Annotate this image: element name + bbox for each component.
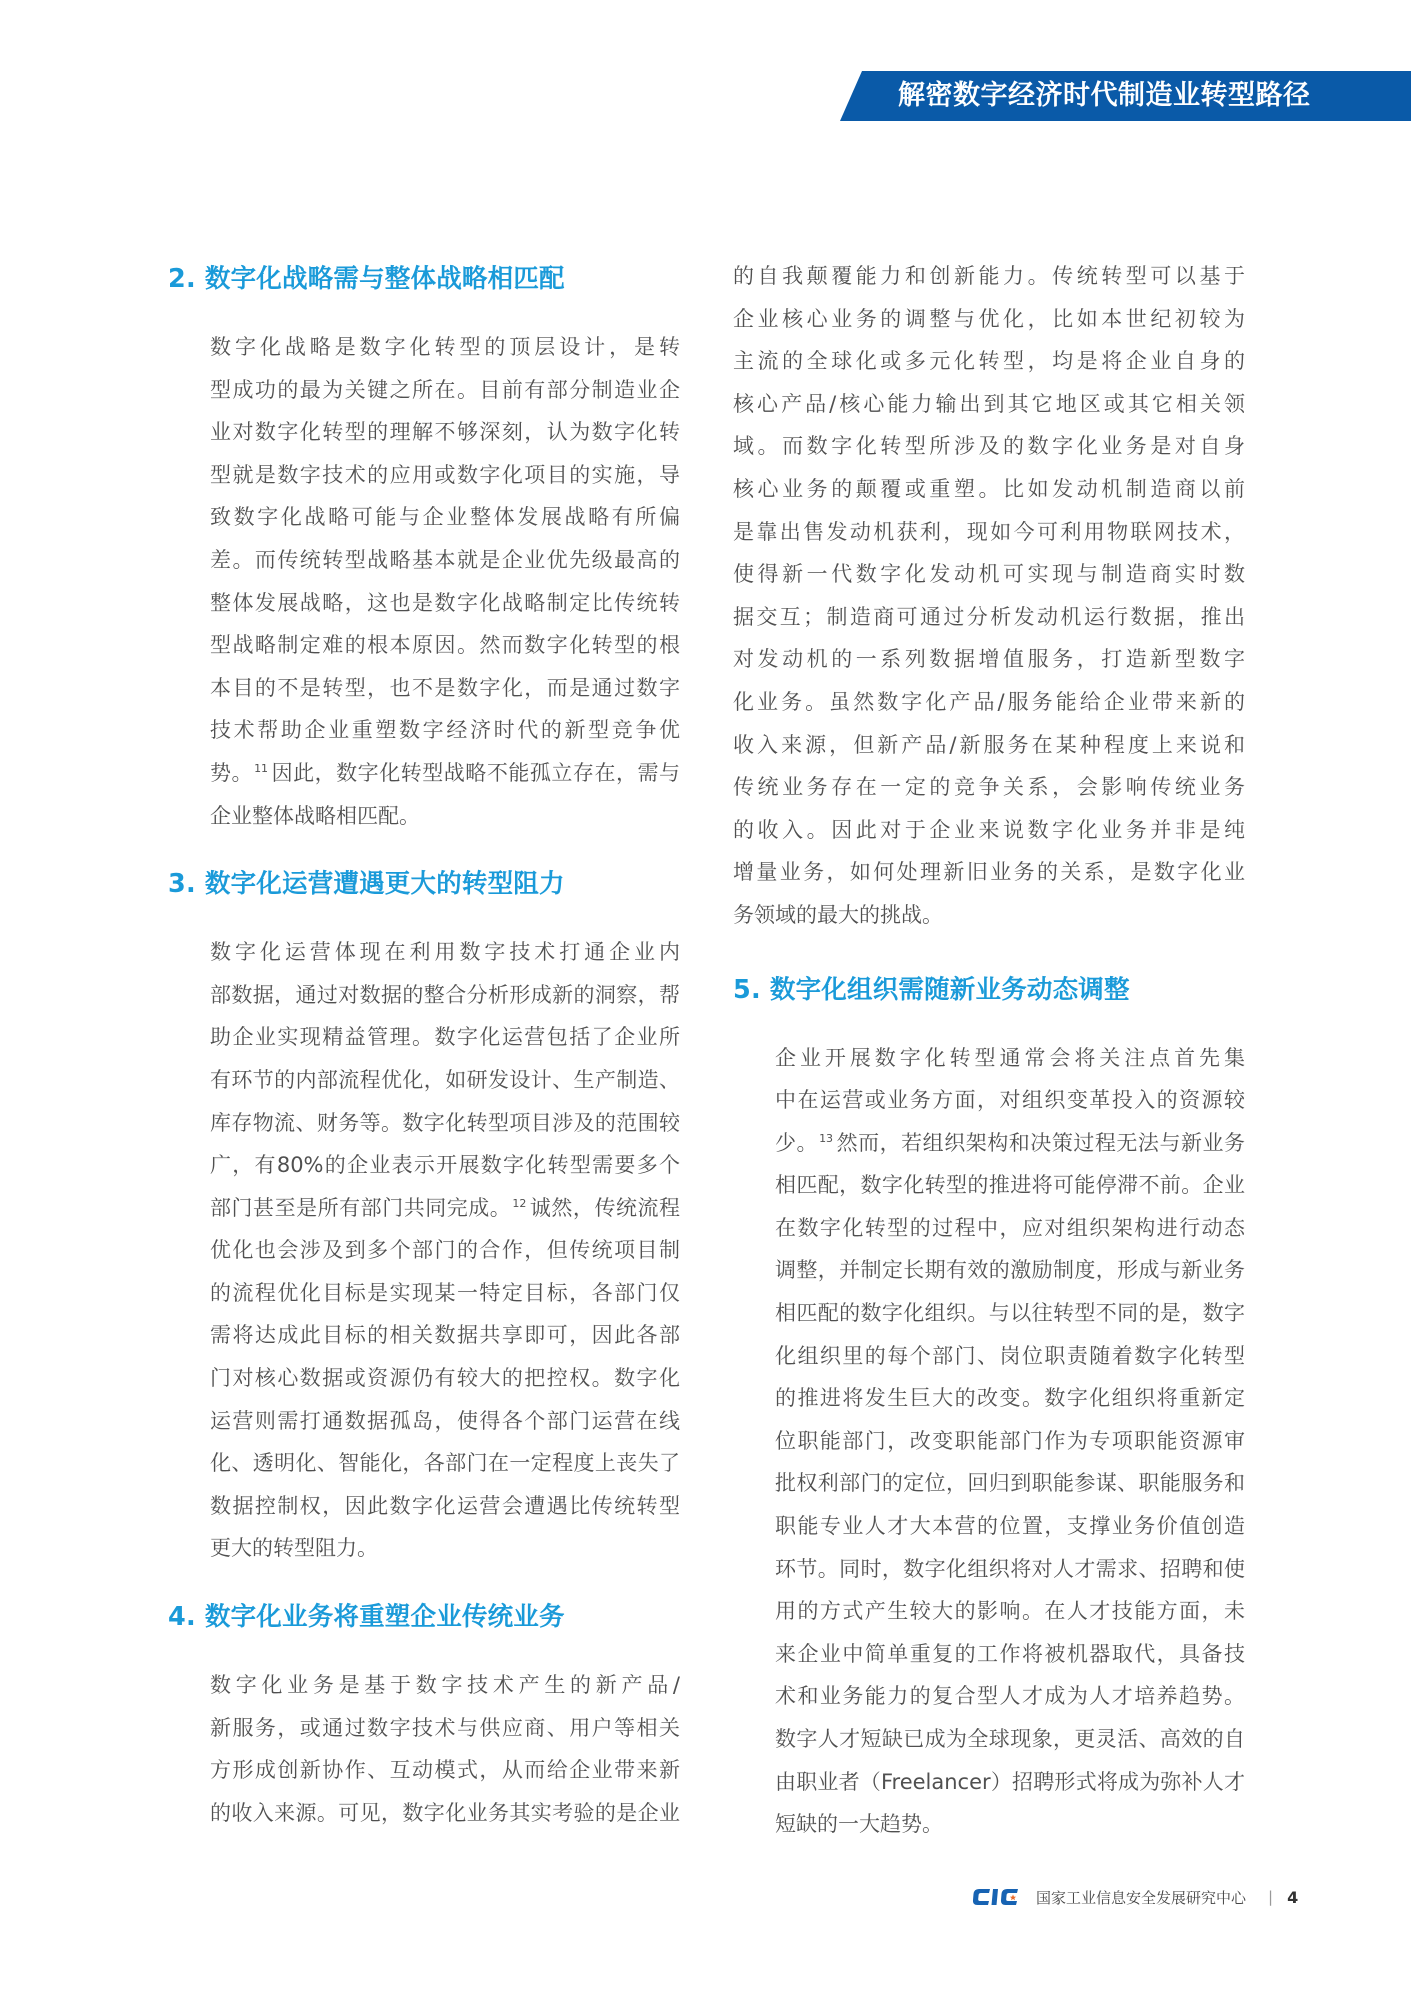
footer-separator: | <box>1268 1888 1273 1906</box>
footnote-ref-12: 12 <box>512 1197 526 1210</box>
cic-logo-icon <box>972 1886 1026 1908</box>
section-5-paragraph: 企业开展数字化转型通常会将关注点首先集 中在运营或业务方面，对组织变革投入的资源… <box>733 1037 1245 1846</box>
section-3-paragraph: 数字化运营体现在利用数字技术打通企业内 部数据，通过对数据的整合分析形成新的洞察… <box>168 931 680 1570</box>
section-heading-3: 3. 数字化运营遭遇更大的转型阻力 <box>168 867 680 901</box>
section-4-paragraph-continued: 的自我颠覆能力和创新能力。传统转型可以基于 企业核心业务的调整与优化，比如本世纪… <box>733 255 1245 937</box>
page-number: 4 <box>1287 1888 1298 1907</box>
cic-logo <box>972 1886 1026 1908</box>
section-heading-2: 2. 数字化战略需与整体战略相匹配 <box>168 262 680 296</box>
footnote-line: 势。11因此，数字化转型战略不能孤立存在，需与 <box>168 752 680 795</box>
footnote-ref-11: 11 <box>254 762 268 775</box>
page-footer: 国家工业信息安全发展研究中心 | 4 <box>972 1882 1298 1912</box>
footnote-line: 少。13然而，若组织架构和决策过程无法与新业务 <box>733 1122 1245 1165</box>
section-2-paragraph: 数字化战略是数字化转型的顶层设计，是转 型成功的最为关键之所在。目前有部分制造业… <box>168 326 680 837</box>
section-heading-4: 4. 数字化业务将重塑企业传统业务 <box>168 1600 680 1634</box>
document-title: 解密数字经济时代制造业转型路径 <box>898 71 1311 121</box>
left-column: 2. 数字化战略需与整体战略相匹配 数字化战略是数字化转型的顶层设计，是转 型成… <box>168 262 680 1834</box>
section-heading-5: 5. 数字化组织需随新业务动态调整 <box>733 973 1245 1007</box>
organization-name: 国家工业信息安全发展研究中心 <box>1036 1887 1246 1908</box>
section-4-paragraph: 数字化业务是基于数字技术产生的新产品/ 新服务，或通过数字技术与供应商、用户等相… <box>168 1664 680 1834</box>
star-icon <box>1010 1895 1016 1901</box>
right-column: 的自我颠覆能力和创新能力。传统转型可以基于 企业核心业务的调整与优化，比如本世纪… <box>733 255 1245 1846</box>
footnote-line: 部门甚至是所有部门共同完成。12诚然，传统流程 <box>168 1187 680 1230</box>
footnote-ref-13: 13 <box>819 1132 833 1145</box>
